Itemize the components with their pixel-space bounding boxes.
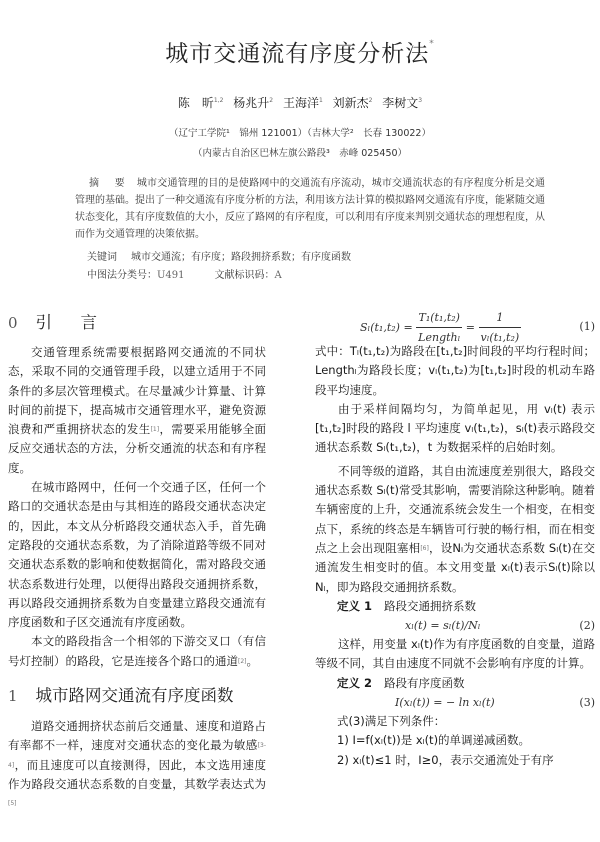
list-item: 1) I=f(xₗ(t))是 xₗ(t)的单调递减函数。 <box>315 731 595 750</box>
doc-code: A <box>275 270 282 281</box>
paragraph: 由于采样间隔均匀，为简单起见，用 vₗ(t) 表示[t₁,t₂]时段的路段 l … <box>315 400 595 458</box>
section-heading-0: 0引 言 <box>8 312 266 334</box>
equation-1: Sₗ(t₁,t₂) = T₁(t₁,t₂)Lengthₗ = 1vₗ(t₁,t₂… <box>315 308 595 342</box>
author-list: 陈 昕1,2 杨兆升2 王海洋1 刘新杰2 李树文3 <box>0 94 600 111</box>
author: 王海洋1 <box>283 96 323 110</box>
title-footnote-mark: * <box>429 39 435 49</box>
paragraph: 式中：Tₗ(t₁,t₂)为路段在[t₁,t₂]时间段的平均行程时间；Length… <box>315 342 595 400</box>
left-column: 0引 言 交通管理系统需要根据路网交通流的不同状态，采取不同的交通管理手段，以建… <box>8 312 266 814</box>
definition-1: 定义 1路段交通拥挤系数 <box>315 597 595 616</box>
affiliation-line-1: （辽宁工学院¹ 锦州 121001）（吉林大学² 长春 130022） <box>0 125 600 139</box>
paragraph: 在城市路网中，任何一个交通子区，任何一个路口的交通状态是由与其相连的路段交通状态… <box>8 478 266 632</box>
equation-2: xₗ(t) = sₗ(t)/Nₗ(2) <box>315 616 595 635</box>
citation: [2] <box>238 658 247 665</box>
abstract-label: 摘 要 <box>89 178 131 189</box>
paragraph: 这样，用变量 xₗ(t)作为有序度函数的自变量，道路等级不同，其自由速度不同就不… <box>315 635 595 674</box>
abstract: 摘 要城市交通管理的目的是使路网中的交通流有序流动，城市交通流状态的有序程度分析… <box>75 175 545 243</box>
classification: 中图法分类号：U491文献标识码：A <box>87 266 282 281</box>
citation: [6] <box>420 545 429 552</box>
author: 刘新杰2 <box>333 96 373 110</box>
paragraph: 不同等级的道路，其自由流速度差别很大，路段交通状态系数 Sₗ(t)常受其影响，需… <box>315 462 595 597</box>
author: 陈 昕1,2 <box>178 96 224 110</box>
equation-number: (3) <box>579 693 595 712</box>
paragraph: 式(3)满足下列条件： <box>315 712 595 731</box>
equation-3: I(xₗ(t)) = − ln xₗ(t)(3) <box>315 693 595 712</box>
paragraph: 交通管理系统需要根据路网交通流的不同状态，采取不同的交通管理手段，以建立适用于不… <box>8 343 266 478</box>
abstract-text: 城市交通管理的目的是使路网中的交通流有序流动，城市交通流状态的有序程度分析是交通… <box>75 178 545 240</box>
citation: [1] <box>151 426 160 433</box>
equation-number: (1) <box>579 317 595 336</box>
citation: [5] <box>8 800 17 807</box>
keywords-label: 关键词 <box>87 252 117 263</box>
equation-number: (2) <box>579 616 595 635</box>
right-column: Sₗ(t₁,t₂) = T₁(t₁,t₂)Lengthₗ = 1vₗ(t₁,t₂… <box>315 308 595 770</box>
affiliation-line-2: （内蒙古自治区巴林左旗公路段³ 赤峰 025450） <box>0 145 600 159</box>
author: 杨兆升2 <box>233 96 273 110</box>
paper-title: 城市交通流有序度分析法* <box>0 35 600 68</box>
list-item: 2) xₗ(t)≤1 时，I≥0，表示交通流处于有序 <box>315 751 595 770</box>
paragraph: 本文的路段指含一个相邻的下游交叉口（有信号灯控制）的路段，它是连接各个路口的通道… <box>8 632 266 671</box>
keywords-text: 城市交通流；有序度；路段拥挤系数；有序度函数 <box>131 252 351 263</box>
paragraph: 道路交通拥挤状态前后交通量、速度和道路占有率都不一样，速度对交通状态的变化最为敏… <box>8 717 266 813</box>
definition-2: 定义 2路段有序度函数 <box>315 674 595 693</box>
keywords: 关键词城市交通流；有序度；路段拥挤系数；有序度函数 <box>87 248 351 263</box>
section-heading-1: 1城市路网交通流有序度函数 <box>8 685 266 707</box>
author: 李树文3 <box>382 96 422 110</box>
clc-code: U491 <box>157 270 185 281</box>
